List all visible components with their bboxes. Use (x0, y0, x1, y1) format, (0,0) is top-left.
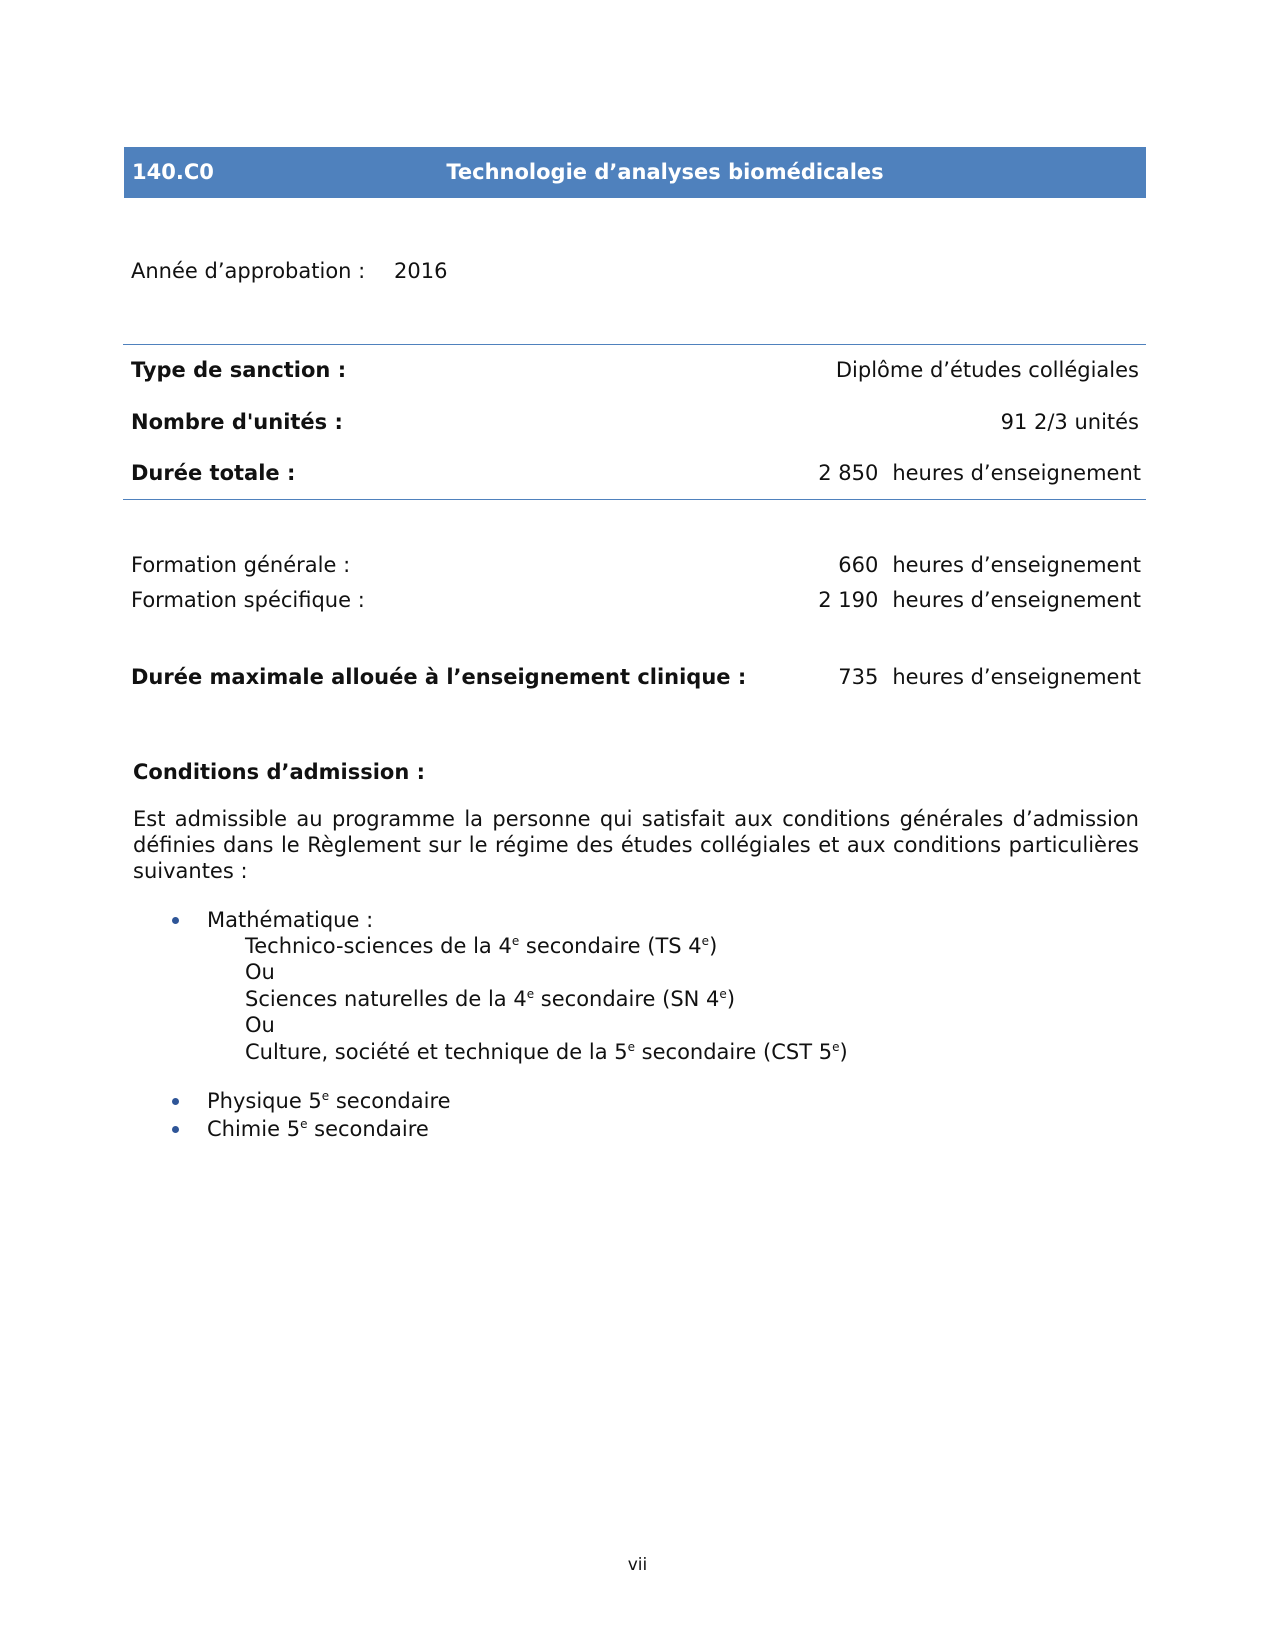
math-option-cst: Culture, société et technique de la 5e s… (245, 1039, 848, 1065)
approval-year-label: Année d’approbation : (131, 258, 365, 284)
math-or-1: Ou (245, 959, 275, 985)
general-training-unit: heures d’enseignement (892, 553, 1141, 577)
divider-bottom (123, 499, 1146, 500)
admission-heading: Conditions d’admission : (133, 759, 425, 785)
total-duration-unit: heures d’enseignement (892, 461, 1141, 485)
divider-top (123, 344, 1146, 345)
math-option-sn: Sciences naturelles de la 4e secondaire … (245, 986, 735, 1012)
specific-training-value: 2 190heures d’enseignement (818, 587, 1141, 613)
clinical-duration-number: 735 (838, 664, 878, 690)
physics-requirement: Physique 5e secondaire (207, 1088, 451, 1114)
general-training-value: 660heures d’enseignement (838, 552, 1141, 578)
admission-intro: Est admissible au programme la personne … (133, 806, 1139, 884)
specific-training-unit: heures d’enseignement (892, 588, 1141, 612)
specific-training-number: 2 190 (818, 587, 878, 613)
math-option-ts: Technico-sciences de la 4e secondaire (T… (245, 933, 717, 959)
clinical-duration-unit: heures d’enseignement (892, 665, 1141, 689)
total-duration-number: 2 850 (818, 460, 878, 486)
general-training-label: Formation générale : (131, 552, 350, 578)
math-requirement-label: Mathématique : (207, 907, 373, 933)
bullet-icon (172, 1126, 179, 1133)
units-value: 91 2/3 unités (1001, 409, 1139, 435)
units-label: Nombre d'unités : (131, 409, 343, 435)
approval-year-value: 2016 (394, 258, 447, 284)
general-training-number: 660 (838, 552, 878, 578)
bullet-icon (172, 1098, 179, 1105)
sanction-type-value: Diplôme d’études collégiales (836, 357, 1139, 383)
page-number: vii (0, 1555, 1275, 1575)
program-header-bar: 140.C0 Technologie d’analyses biomédical… (124, 147, 1146, 198)
sanction-type-label: Type de sanction : (131, 357, 346, 383)
specific-training-label: Formation spécifique : (131, 587, 365, 613)
program-title: Technologie d’analyses biomédicales (124, 147, 1146, 198)
clinical-duration-value: 735heures d’enseignement (838, 664, 1141, 690)
math-or-2: Ou (245, 1012, 275, 1038)
bullet-icon (172, 917, 179, 924)
clinical-duration-label: Durée maximale allouée à l’enseignement … (131, 664, 746, 690)
total-duration-value: 2 850heures d’enseignement (818, 460, 1141, 486)
total-duration-label: Durée totale : (131, 460, 295, 486)
chemistry-requirement: Chimie 5e secondaire (207, 1116, 429, 1142)
